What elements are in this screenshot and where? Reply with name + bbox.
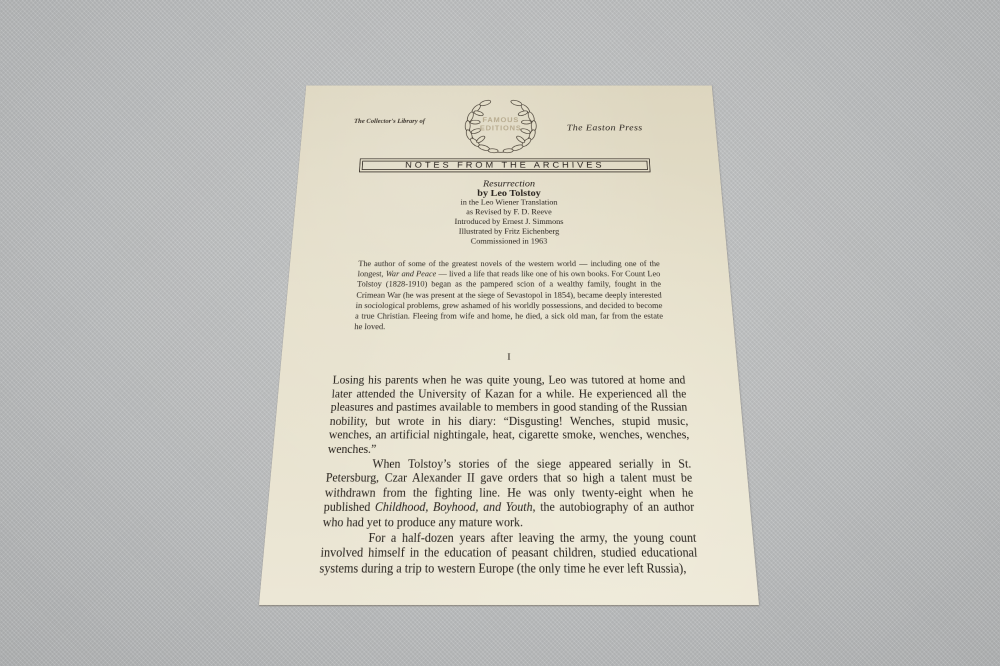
paragraph-text: Losing his parents when he was quite you… — [327, 373, 689, 455]
famous-editions-wordmark: FAMOUS EDITIONS — [454, 116, 548, 132]
laurel-wreath-logo: FAMOUS EDITIONS — [453, 97, 548, 155]
letterhead: The Collector's Library of — [300, 96, 718, 156]
credit-illustrator: Illustrated by Fritz Eichenberg — [292, 227, 725, 237]
photo-scene: The Collector's Library of — [0, 0, 1000, 666]
easton-press-signature: The Easton Press — [567, 122, 643, 133]
intro-italic-title: War and Peace — [386, 271, 437, 279]
wreath-line-2: EDITIONS — [454, 124, 548, 132]
notes-from-archives-banner: NOTES FROM THE ARCHIVES — [359, 158, 651, 172]
intro-text-2: — lived a life that reads like one of hi… — [354, 271, 663, 333]
paragraph-italic-title: Childhood, Boyhood, and Youth — [375, 500, 533, 514]
credit-commissioned: Commissioned in 1963 — [292, 237, 727, 247]
collectors-library-text: The Collector's Library of — [354, 118, 425, 125]
title-block: Resurrection by Leo Tolstoy in the Leo W… — [292, 179, 727, 247]
wreath-line-1: FAMOUS — [454, 116, 548, 124]
intro-paragraph: The author of some of the greatest novel… — [354, 259, 664, 333]
credit-introduction: Introduced by Ernest J. Simmons — [293, 217, 724, 227]
credit-translation: in the Leo Wiener Translation — [295, 198, 723, 208]
body-text: Losing his parents when he was quite you… — [319, 373, 699, 576]
archive-notes-sheet: The Collector's Library of — [259, 86, 759, 605]
paragraph-text: For a half-dozen years after leaving the… — [319, 530, 698, 575]
book-author: by Leo Tolstoy — [296, 188, 722, 197]
body-paragraph-3: For a half-dozen years after leaving the… — [319, 530, 699, 576]
body-paragraph-2: When Tolstoy’s stories of the siege appe… — [322, 456, 696, 530]
credit-revised: as Revised by F. D. Reeve — [294, 208, 724, 218]
body-paragraph-1: Losing his parents when he was quite you… — [327, 373, 690, 456]
section-marker: I — [281, 352, 737, 363]
